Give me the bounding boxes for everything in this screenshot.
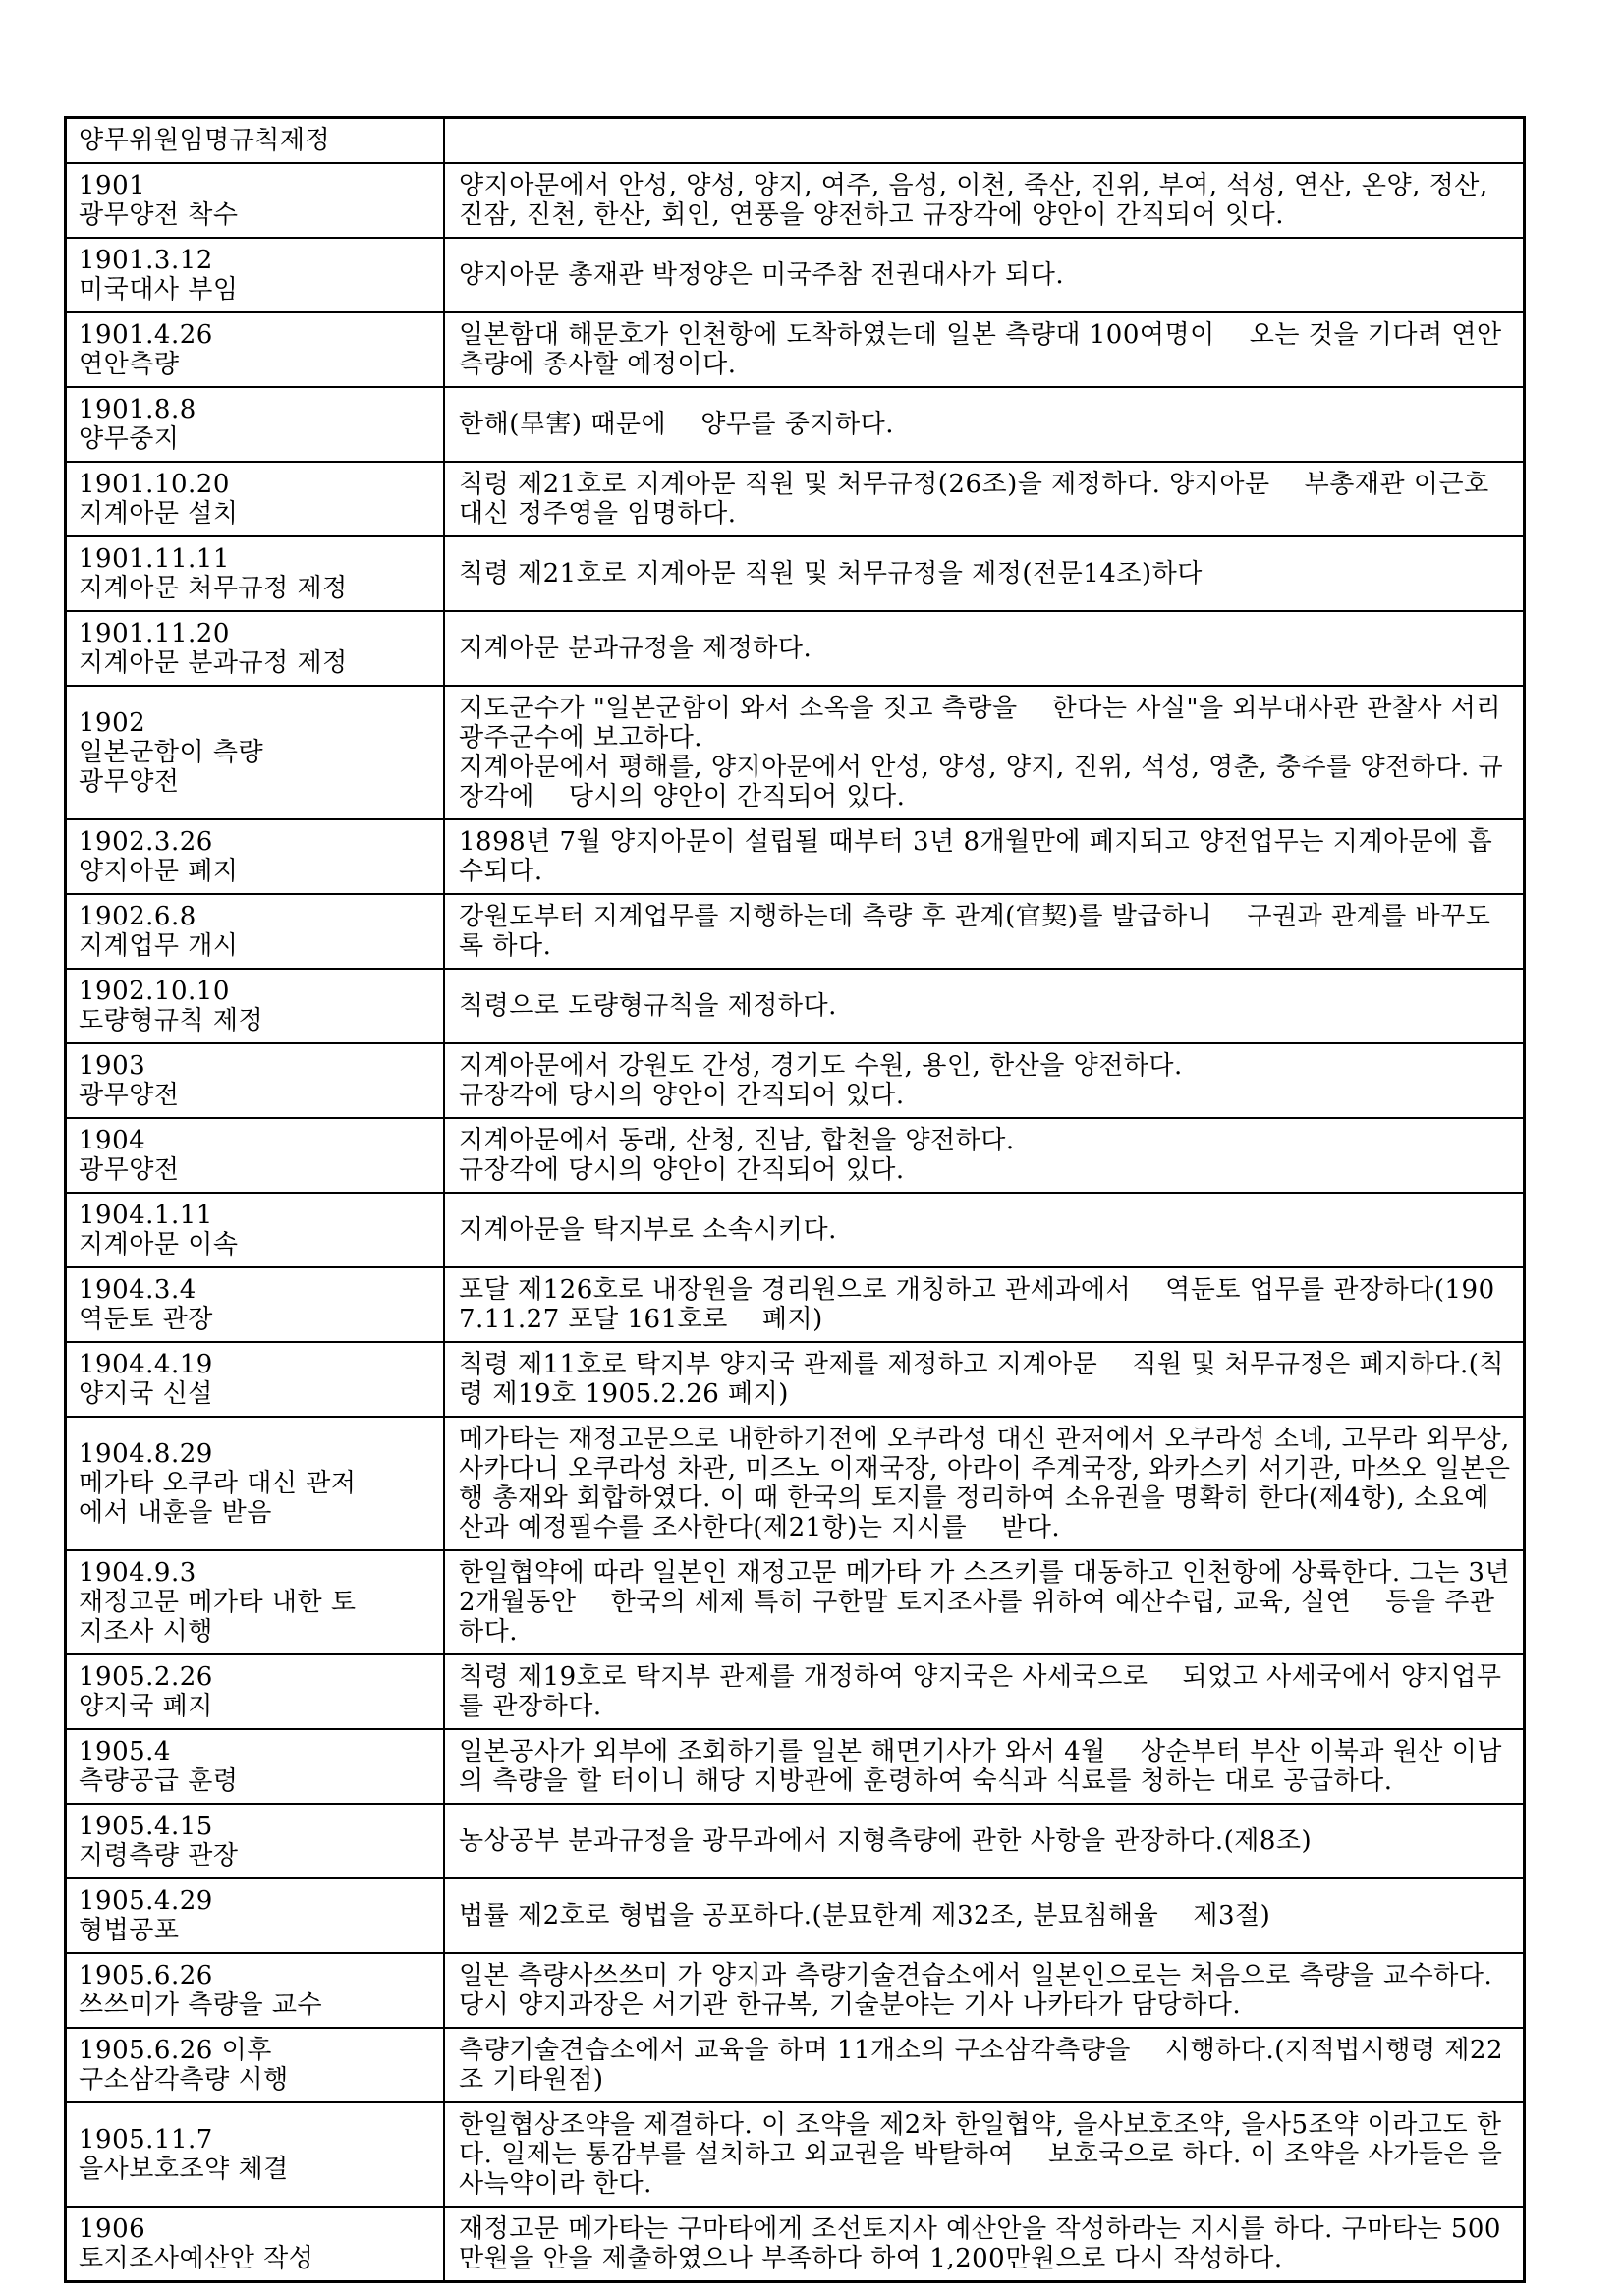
table-row: 1905.4.29 형법공포법률 제2호로 형법을 공포하다.(분묘한계 제32… bbox=[66, 1878, 1525, 1953]
event-date-cell: 1901.8.8 양무중지 bbox=[66, 387, 445, 462]
table-row: 1904 광무양전지계아문에서 동래, 산청, 진남, 합천을 양전하다. 규장… bbox=[66, 1118, 1525, 1193]
event-description-cell: 양지아문에서 안성, 양성, 양지, 여주, 음성, 이천, 죽산, 진위, 부… bbox=[444, 163, 1525, 238]
event-date-cell: 1905.4.29 형법공포 bbox=[66, 1878, 445, 1953]
table-row: 양무위원임명규칙제정 bbox=[66, 118, 1525, 164]
event-description-cell bbox=[444, 118, 1525, 164]
event-date-cell: 1905.2.26 양지국 폐지 bbox=[66, 1654, 445, 1729]
event-description-cell: 칙령 제21호로 지계아문 직원 및 처무규정을 제정(전문14조)하다 bbox=[444, 536, 1525, 611]
event-date-cell: 1905.6.26 이후 구소삼각측량 시행 bbox=[66, 2028, 445, 2102]
event-date-cell: 1901.4.26 연안측량 bbox=[66, 312, 445, 387]
event-description-cell: 양지아문 총재관 박정양은 미국주참 전권대사가 되다. bbox=[444, 238, 1525, 312]
event-date-cell: 1904.8.29 메가타 오쿠라 대신 관저 에서 내훈을 받음 bbox=[66, 1417, 445, 1550]
event-date-cell: 1901.10.20 지계아문 설치 bbox=[66, 462, 445, 536]
event-description-cell: 농상공부 분과규정을 광무과에서 지형측량에 관한 사항을 관장하다.(제8조) bbox=[444, 1804, 1525, 1878]
event-description-cell: 지계아문에서 동래, 산청, 진남, 합천을 양전하다. 규장각에 당시의 양안… bbox=[444, 1118, 1525, 1193]
table-row: 1905.2.26 양지국 폐지칙령 제19호로 탁지부 관제를 개정하여 양지… bbox=[66, 1654, 1525, 1729]
event-date-cell: 1905.4 측량공급 훈령 bbox=[66, 1729, 445, 1804]
table-row: 1905.11.7 을사보호조약 체결한일협상조약을 제결하다. 이 조약을 제… bbox=[66, 2102, 1525, 2207]
table-row: 1901.10.20 지계아문 설치칙령 제21호로 지계아문 직원 및 처무규… bbox=[66, 462, 1525, 536]
event-date-cell: 1902 일본군함이 측량 광무양전 bbox=[66, 686, 445, 819]
event-description-cell: 1898년 7월 양지아문이 설립될 때부터 3년 8개월만에 폐지되고 양전업… bbox=[444, 819, 1525, 894]
event-date-cell: 1904 광무양전 bbox=[66, 1118, 445, 1193]
event-description-cell: 일본함대 해문호가 인천항에 도착하였는데 일본 측량대 100여명이 오는 것… bbox=[444, 312, 1525, 387]
table-row: 1905.6.26 이후 구소삼각측량 시행측량기술견습소에서 교육을 하며 1… bbox=[66, 2028, 1525, 2102]
table-row: 1905.6.26 쓰쓰미가 측량을 교수일본 측량사쓰쓰미 가 양지과 측량기… bbox=[66, 1953, 1525, 2028]
timeline-table-body: 양무위원임명규칙제정1901 광무양전 착수양지아문에서 안성, 양성, 양지,… bbox=[66, 118, 1525, 2282]
event-date-cell: 양무위원임명규칙제정 bbox=[66, 118, 445, 164]
event-date-cell: 1906 토지조사예산안 작성 bbox=[66, 2207, 445, 2282]
timeline-table: 양무위원임명규칙제정1901 광무양전 착수양지아문에서 안성, 양성, 양지,… bbox=[64, 116, 1526, 2283]
event-description-cell: 일본공사가 외부에 조회하기를 일본 해면기사가 와서 4월 상순부터 부산 이… bbox=[444, 1729, 1525, 1804]
event-description-cell: 칙령으로 도량형규칙을 제정하다. bbox=[444, 969, 1525, 1043]
event-description-cell: 강원도부터 지계업무를 지행하는데 측량 후 관계(官契)를 발급하니 구권과 … bbox=[444, 894, 1525, 969]
table-row: 1904.4.19 양지국 신설칙령 제11호로 탁지부 양지국 관제를 제정하… bbox=[66, 1342, 1525, 1417]
event-description-cell: 포달 제126호로 내장원을 경리원으로 개칭하고 관세과에서 역둔토 업무를 … bbox=[444, 1267, 1525, 1342]
table-row: 1901 광무양전 착수양지아문에서 안성, 양성, 양지, 여주, 음성, 이… bbox=[66, 163, 1525, 238]
event-date-cell: 1901.11.11 지계아문 처무규정 제정 bbox=[66, 536, 445, 611]
event-description-cell: 지계아문에서 강원도 간성, 경기도 수원, 용인, 한산을 양전하다. 규장각… bbox=[444, 1043, 1525, 1118]
event-date-cell: 1904.9.3 재정고문 메가타 내한 토 지조사 시행 bbox=[66, 1550, 445, 1654]
event-description-cell: 한일협약에 따라 일본인 재정고문 메가타 가 스즈키를 대동하고 인천항에 상… bbox=[444, 1550, 1525, 1654]
table-row: 1904.3.4 역둔토 관장포달 제126호로 내장원을 경리원으로 개칭하고… bbox=[66, 1267, 1525, 1342]
event-description-cell: 지도군수가 "일본군함이 와서 소옥을 짓고 측량을 한다는 사실"을 외부대사… bbox=[444, 686, 1525, 819]
document-page: 양무위원임명규칙제정1901 광무양전 착수양지아문에서 안성, 양성, 양지,… bbox=[0, 0, 1624, 2296]
table-row: 1902.3.26 양지아문 폐지1898년 7월 양지아문이 설립될 때부터 … bbox=[66, 819, 1525, 894]
table-row: 1906 토지조사예산안 작성재정고문 메가타는 구마타에게 조선토지사 예산안… bbox=[66, 2207, 1525, 2282]
event-date-cell: 1902.10.10 도량형규칙 제정 bbox=[66, 969, 445, 1043]
event-date-cell: 1902.6.8 지계업무 개시 bbox=[66, 894, 445, 969]
table-row: 1902.6.8 지계업무 개시강원도부터 지계업무를 지행하는데 측량 후 관… bbox=[66, 894, 1525, 969]
table-row: 1902 일본군함이 측량 광무양전지도군수가 "일본군함이 와서 소옥을 짓고… bbox=[66, 686, 1525, 819]
event-date-cell: 1905.11.7 을사보호조약 체결 bbox=[66, 2102, 445, 2207]
event-date-cell: 1904.1.11 지계아문 이속 bbox=[66, 1193, 445, 1267]
table-row: 1904.8.29 메가타 오쿠라 대신 관저 에서 내훈을 받음메가타는 재정… bbox=[66, 1417, 1525, 1550]
table-row: 1905.4.15 지령측량 관장농상공부 분과규정을 광무과에서 지형측량에 … bbox=[66, 1804, 1525, 1878]
event-date-cell: 1902.3.26 양지아문 폐지 bbox=[66, 819, 445, 894]
event-description-cell: 칙령 제11호로 탁지부 양지국 관제를 제정하고 지계아문 직원 및 처무규정… bbox=[444, 1342, 1525, 1417]
event-description-cell: 메가타는 재정고문으로 내한하기전에 오쿠라성 대신 관저에서 오쿠라성 소네,… bbox=[444, 1417, 1525, 1550]
event-description-cell: 한일협상조약을 제결하다. 이 조약을 제2차 한일협약, 을사보호조약, 을사… bbox=[444, 2102, 1525, 2207]
event-date-cell: 1905.6.26 쓰쓰미가 측량을 교수 bbox=[66, 1953, 445, 2028]
event-description-cell: 재정고문 메가타는 구마타에게 조선토지사 예산안을 작성하라는 지시를 하다.… bbox=[444, 2207, 1525, 2282]
table-row: 1903 광무양전지계아문에서 강원도 간성, 경기도 수원, 용인, 한산을 … bbox=[66, 1043, 1525, 1118]
table-row: 1905.4 측량공급 훈령일본공사가 외부에 조회하기를 일본 해면기사가 와… bbox=[66, 1729, 1525, 1804]
table-row: 1904.1.11 지계아문 이속지계아문을 탁지부로 소속시키다. bbox=[66, 1193, 1525, 1267]
event-description-cell: 칙령 제21호로 지계아문 직원 및 처무규정(26조)을 제정하다. 양지아문… bbox=[444, 462, 1525, 536]
table-row: 1901.11.11 지계아문 처무규정 제정칙령 제21호로 지계아문 직원 … bbox=[66, 536, 1525, 611]
event-description-cell: 측량기술견습소에서 교육을 하며 11개소의 구소삼각측량을 시행하다.(지적법… bbox=[444, 2028, 1525, 2102]
table-row: 1901.8.8 양무중지한해(旱害) 때문에 양무를 중지하다. bbox=[66, 387, 1525, 462]
table-row: 1902.10.10 도량형규칙 제정칙령으로 도량형규칙을 제정하다. bbox=[66, 969, 1525, 1043]
event-date-cell: 1905.4.15 지령측량 관장 bbox=[66, 1804, 445, 1878]
event-date-cell: 1901.11.20 지계아문 분과규정 제정 bbox=[66, 611, 445, 686]
event-date-cell: 1904.3.4 역둔토 관장 bbox=[66, 1267, 445, 1342]
table-row: 1901.11.20 지계아문 분과규정 제정지계아문 분과규정을 제정하다. bbox=[66, 611, 1525, 686]
event-description-cell: 한해(旱害) 때문에 양무를 중지하다. bbox=[444, 387, 1525, 462]
table-row: 1901.4.26 연안측량일본함대 해문호가 인천항에 도착하였는데 일본 측… bbox=[66, 312, 1525, 387]
table-row: 1904.9.3 재정고문 메가타 내한 토 지조사 시행한일협약에 따라 일본… bbox=[66, 1550, 1525, 1654]
event-description-cell: 칙령 제19호로 탁지부 관제를 개정하여 양지국은 사세국으로 되었고 사세국… bbox=[444, 1654, 1525, 1729]
event-description-cell: 지계아문 분과규정을 제정하다. bbox=[444, 611, 1525, 686]
event-description-cell: 지계아문을 탁지부로 소속시키다. bbox=[444, 1193, 1525, 1267]
event-description-cell: 법률 제2호로 형법을 공포하다.(분묘한계 제32조, 분묘침해율 제3절) bbox=[444, 1878, 1525, 1953]
event-description-cell: 일본 측량사쓰쓰미 가 양지과 측량기술견습소에서 일본인으로는 처음으로 측량… bbox=[444, 1953, 1525, 2028]
event-date-cell: 1904.4.19 양지국 신설 bbox=[66, 1342, 445, 1417]
table-row: 1901.3.12 미국대사 부임양지아문 총재관 박정양은 미국주참 전권대사… bbox=[66, 238, 1525, 312]
event-date-cell: 1901 광무양전 착수 bbox=[66, 163, 445, 238]
event-date-cell: 1903 광무양전 bbox=[66, 1043, 445, 1118]
event-date-cell: 1901.3.12 미국대사 부임 bbox=[66, 238, 445, 312]
